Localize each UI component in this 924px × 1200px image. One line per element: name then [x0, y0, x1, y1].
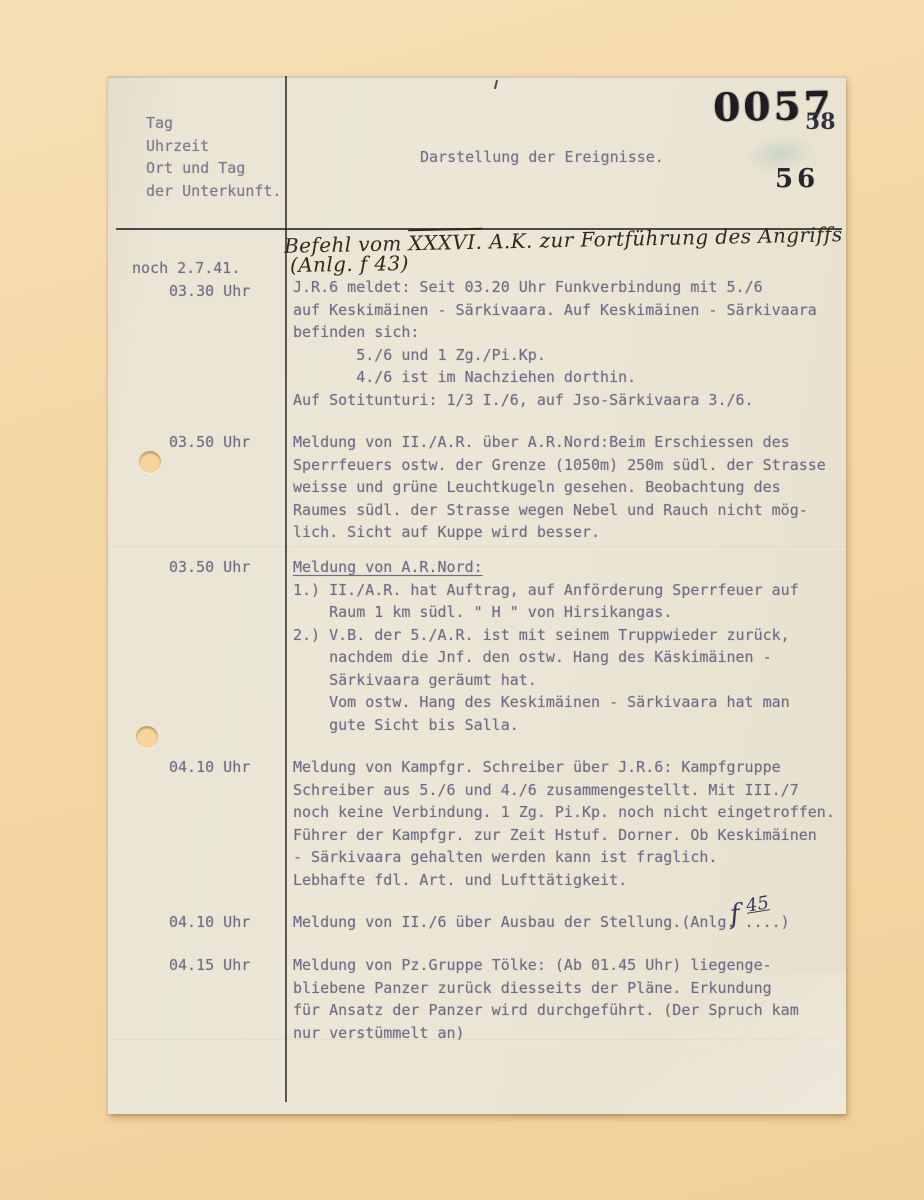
typed-line: - Särkivaara gehalten werden kann ist fr…	[293, 846, 835, 869]
entry-body: Meldung von Pz.Gruppe Tölke: (Ab 01.45 U…	[293, 954, 799, 1044]
handwritten-annex-ref: (Anlg. f 43)	[290, 251, 409, 277]
typed-line: noch keine Verbindung. 1 Zg. Pi.Kp. noch…	[293, 801, 835, 824]
entry-body: Meldung von II./6 über Ausbau der Stellu…	[293, 911, 790, 934]
entry-heading: Meldung von A.R.Nord:	[293, 558, 483, 576]
entry-body: J.R.6 meldet: Seit 03.20 Uhr Funkverbind…	[293, 276, 817, 411]
entry-date: noch 2.7.41.	[132, 257, 240, 280]
typed-line: J.R.6 meldet: Seit 03.20 Uhr Funkverbind…	[293, 276, 817, 299]
entry-body: Meldung von Kampfgr. Schreiber über J.R.…	[293, 756, 835, 891]
entry-time: 03.50 Uhr	[169, 431, 250, 454]
typed-line: Meldung von II./A.R. über A.R.Nord:Beim …	[293, 431, 826, 454]
typed-line: Meldung von Kampfgr. Schreiber über J.R.…	[293, 756, 835, 779]
typed-line: gute Sicht bis Salla.	[293, 714, 799, 737]
punch-hole-top	[139, 451, 161, 473]
diary-page: Tag Uhrzeit Ort und Tag der Unterkunft. …	[108, 76, 846, 1114]
entry-body: Meldung von A.R.Nord:1.) II./A.R. hat Au…	[293, 556, 799, 736]
entry-time: 03.30 Uhr	[169, 280, 250, 303]
ink-tick-mark	[494, 80, 498, 89]
handwritten-annex-number: 45	[744, 892, 770, 916]
entry-body: Meldung von II./A.R. über A.R.Nord:Beim …	[293, 431, 826, 544]
typed-line: Auf Sotitunturi: 1/3 I./6, auf Jso-Särki…	[293, 389, 817, 412]
typed-line: nur verstümmelt an)	[293, 1022, 799, 1045]
entry-time: 04.15 Uhr	[169, 954, 250, 977]
entry-time: 04.10 Uhr	[169, 756, 250, 779]
entry-time: 04.10 Uhr	[169, 911, 250, 934]
typed-line: 5./6 und 1 Zg./Pi.Kp.	[293, 344, 817, 367]
typed-line: Raumes südl. der Strasse wegen Nebel und…	[293, 499, 826, 522]
paper-crease	[108, 546, 846, 549]
header-left-caption: Tag Uhrzeit Ort und Tag der Unterkunft.	[146, 112, 281, 202]
typed-line: Särkivaara geräumt hat.	[293, 669, 799, 692]
header-title: Darstellung der Ereignisse.	[420, 146, 664, 169]
typed-line: Schreiber aus 5./6 und 4./6 zusammengest…	[293, 779, 835, 802]
typed-line: 2.) V.B. der 5./A.R. ist mit seinem Trup…	[293, 624, 799, 647]
typed-line: bliebene Panzer zurück diesseits der Plä…	[293, 977, 799, 1000]
typed-line: weisse und grüne Leuchtkugeln gesehen. B…	[293, 476, 826, 499]
typed-line: 4./6 ist im Nachziehen dorthin.	[293, 366, 817, 389]
typed-line: befinden sich:	[293, 321, 817, 344]
punch-hole-bottom	[136, 726, 158, 748]
typed-line: auf Keskimäinen - Särkivaara. Auf Keskim…	[293, 299, 817, 322]
paper-top-edge	[108, 76, 846, 78]
typed-line: nachdem die Jnf. den ostw. Hang des Käsk…	[293, 646, 799, 669]
typed-line: Raum 1 km südl. " H " von Hirsikangas.	[293, 601, 799, 624]
typed-line: 1.) II./A.R. hat Auftrag, auf Anförderun…	[293, 579, 799, 602]
typed-line: Führer der Kampfgr. zur Zeit Hstuf. Dorn…	[293, 824, 835, 847]
typed-line: Sperrfeuers ostw. der Grenze (1050m) 250…	[293, 454, 826, 477]
page-number: 58	[805, 109, 836, 135]
typed-line: lich. Sicht auf Kuppe wird besser.	[293, 521, 826, 544]
typed-line: Meldung von II./6 über Ausbau der Stellu…	[293, 911, 790, 934]
document-photo: Tag Uhrzeit Ort und Tag der Unterkunft. …	[0, 0, 924, 1200]
handwritten-roman-numeral: XXXVI.	[408, 230, 482, 256]
entry-time: 03.50 Uhr	[169, 556, 250, 579]
typed-line: Vom ostw. Hang des Keskimäinen - Särkiva…	[293, 691, 799, 714]
typed-line: Lebhafte fdl. Art. und Lufttätigkeit.	[293, 869, 835, 892]
typed-line: für Ansatz der Panzer wird durchgeführt.…	[293, 999, 799, 1022]
handwritten-insert-f: f	[728, 899, 741, 931]
typed-line: Meldung von Pz.Gruppe Tölke: (Ab 01.45 U…	[293, 954, 799, 977]
